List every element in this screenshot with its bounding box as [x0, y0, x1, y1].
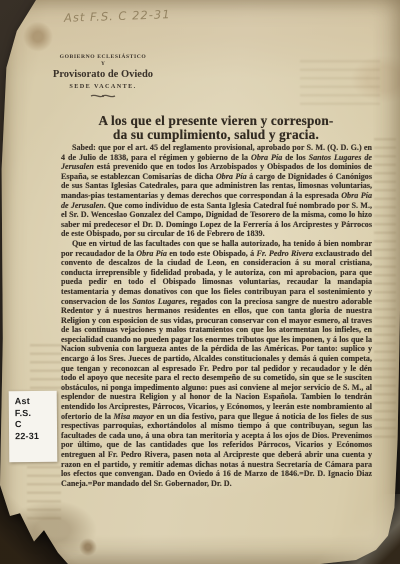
heading-line-2: da su cumplimiento, salud y gracia.	[58, 128, 374, 142]
shelf-label-line: 22-31	[15, 430, 57, 442]
proclamation-heading: A los que el presente vieren y correspon…	[58, 114, 374, 142]
body-paragraph: Sabed: que por el art. 45 del reglamento…	[61, 143, 372, 239]
letterhead-conjunction: Y	[44, 61, 162, 67]
shelf-label-line: C	[15, 419, 57, 431]
shelf-label-line: Ast	[15, 396, 57, 408]
archive-shelf-label: Ast F.S. C 22-31	[9, 391, 58, 462]
scanned-document-page: Ast F.S. C 22-31 GOBIERNO ECLESIÁSTICO Y…	[0, 0, 400, 564]
letterhead-status: SEDE VACANTE.	[44, 83, 162, 90]
shelf-label-line: F.S.	[15, 407, 57, 419]
heading-line-1: A los que el presente vieren y correspon…	[58, 114, 374, 128]
proclamation-body: Sabed: que por el art. 45 del reglamento…	[61, 143, 372, 488]
letterhead: GOBIERNO ECLESIÁSTICO Y Provisorato de O…	[44, 54, 162, 99]
letterhead-office: Provisorato de Oviedo	[44, 69, 162, 80]
flourish-ornament	[44, 93, 162, 99]
letterhead-department: GOBIERNO ECLESIÁSTICO	[44, 54, 162, 60]
body-paragraph: Que en virtud de las facultades con que …	[61, 239, 372, 488]
